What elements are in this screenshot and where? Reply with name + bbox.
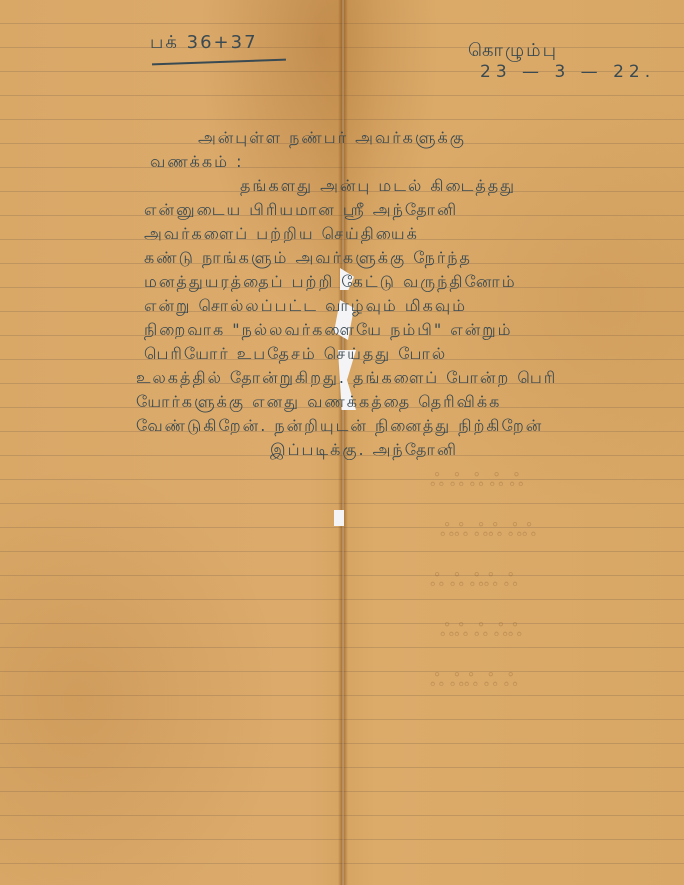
letter-line: வணக்கம் :	[150, 152, 244, 173]
letter-line: நிறைவாக "நல்லவர்களையே நம்பி" என்றும்	[144, 320, 513, 341]
letter-date: 23 — 3 — 22.	[480, 62, 655, 82]
letter-line: அவர்களைப் பற்றிய செய்தியைக்	[144, 224, 419, 245]
paper-tear	[334, 510, 344, 526]
letter-line: வேண்டுகிறேன். நன்றியுடன் நினைத்து நிற்கி…	[136, 416, 543, 437]
page-reference: பக் 36+37	[150, 32, 258, 55]
letter-line: மனத்துயரத்தைப் பற்றி கேட்டு வருந்தினோம்	[144, 272, 517, 293]
letter-signature: இப்படிக்கு. அந்தோனி	[270, 440, 458, 461]
show-through-text: ஃஃ ஃ ஃஃ	[440, 620, 522, 643]
letter-place: கொழும்பு	[468, 40, 558, 63]
letter-line: யோர்களுக்கு எனது வணக்கத்தை தெரிவிக்க	[136, 392, 501, 413]
show-through-text: ஃ ஃ ஃஃ ஃ	[430, 670, 518, 693]
letter-line: என்னுடைய பிரியமான ஸ்ரீ அந்தோனி	[144, 200, 458, 221]
letter-line: அன்புள்ள நண்பர் அவர்களுக்கு	[198, 128, 466, 149]
show-through-text: ஃ ஃ ஃ ஃ ஃ	[430, 470, 523, 493]
letter-line: தங்களது அன்பு மடல் கிடைத்தது	[240, 176, 516, 197]
letter-line: உலகத்தில் தோன்றுகிறது. தங்களைப் போன்ற பெ…	[136, 368, 557, 389]
reference-underline	[152, 59, 286, 66]
show-through-text: ஃ ஃஃ ஃ ஃ	[430, 570, 518, 593]
show-through-text: ஃஃ ஃஃ ஃஃ	[440, 520, 536, 543]
letter-line: என்று சொல்லப்பட்ட வாழ்வும் மிகவும்	[144, 296, 467, 317]
letter-line: பெரியோர் உபதேசம் செய்தது போல்	[144, 344, 447, 365]
letter-page: ஃ ஃ ஃ ஃ ஃ ஃஃ ஃஃ ஃஃ ஃ ஃஃ ஃ ஃ ஃஃ ஃ ஃஃ ஃ ஃ …	[0, 0, 684, 885]
letter-line: கண்டு நாங்களும் அவர்களுக்கு நேர்ந்த	[144, 248, 472, 269]
